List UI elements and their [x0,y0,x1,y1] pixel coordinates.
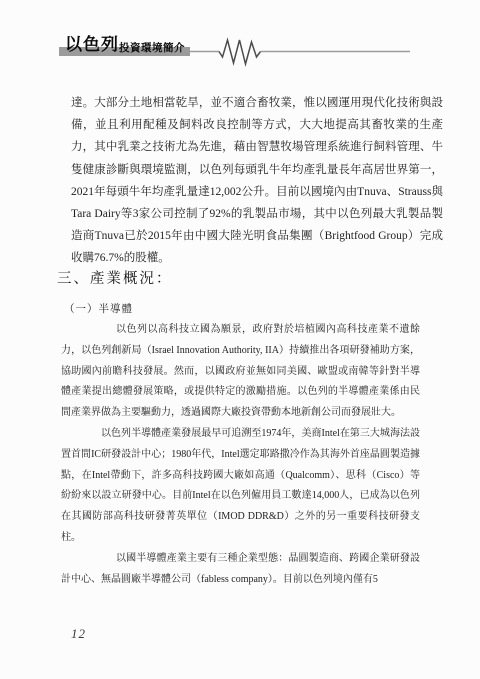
section-heading: 三、產業概況： [57,270,173,288]
body-paragraph: 以色列半導體產業發展最早可追溯至1974年，美商Intel在第三大城海法設置首間… [61,424,420,549]
page-number: 12 [71,626,86,642]
document-page: 以色列投資環境簡介 達。大部分土地相當乾旱，並不適合畜牧業，惟以國運用現代化技術… [0,0,480,679]
section-body: 以色列以高科技立國為願景，政府對於培植國內高科技產業不遺餘力，以色列創新局（Is… [61,320,420,590]
document-header-title: 以色列投資環境簡介 [65,37,185,54]
body-paragraph-continuation: 達。大部分土地相當乾旱，並不適合畜牧業，惟以國運用現代化技術與設備，並且利用配種… [71,92,443,270]
subsection-heading: （一）半導體 [64,303,133,317]
body-paragraph: 以國半導體產業主要有三種企業型態：晶圓製造商、跨國企業研發設計中心、無晶圓廠半導… [61,549,420,591]
body-paragraph: 以色列以高科技立國為願景，政府對於培植國內高科技產業不遺餘力，以色列創新局（Is… [61,320,420,424]
header-title-sub: 投資環境簡介 [119,43,185,55]
header-title-main: 以色列 [65,37,119,54]
